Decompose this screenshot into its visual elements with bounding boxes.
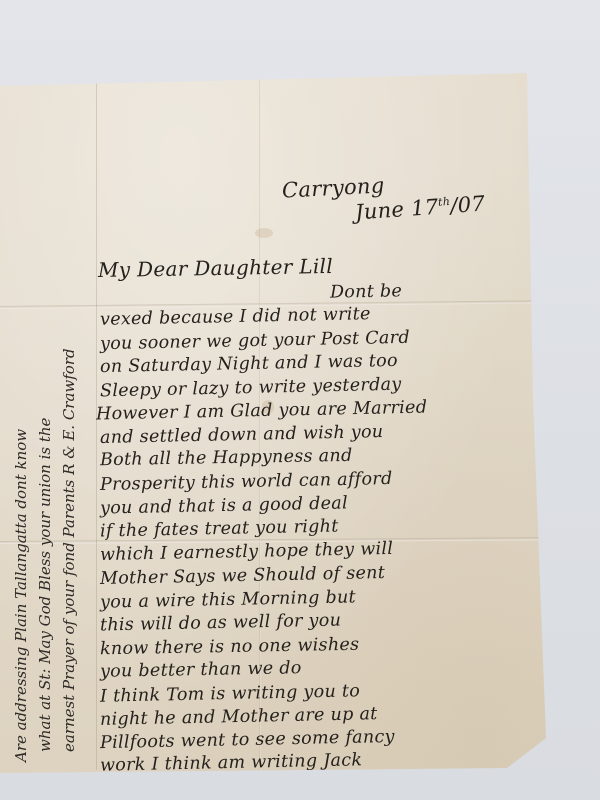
date-year: /07 — [450, 191, 486, 217]
body-line: this will do as well for you — [100, 610, 342, 635]
body-line: you a wire this Morning but — [100, 587, 356, 612]
body-line: vexed because I did not write — [100, 304, 371, 330]
date-ordinal: th — [438, 195, 451, 209]
letter-paper: Carryong June 17th/07 My Dear Daughter L… — [0, 0, 600, 800]
body-line: night he and Mother are up at — [100, 704, 378, 730]
letter-place: Carryong — [281, 173, 385, 202]
body-line: Pillfoots went to see some fancy — [100, 727, 395, 753]
margin-note-line: Are addressing Plain Tallangatta dont kn… — [12, 429, 30, 762]
paper-stain — [255, 228, 273, 238]
body-line: and settled down and wish you — [100, 422, 384, 448]
margin-rule-line — [96, 80, 97, 770]
date-day: June 17 — [354, 195, 439, 225]
margin-note-line: what at St: May God Bless your union is … — [36, 418, 54, 752]
body-line: Prosperity this world can afford — [100, 469, 393, 495]
body-line: on Saturday Night and I was too — [100, 351, 398, 377]
body-line: you better than we do — [100, 658, 302, 682]
body-line: if the fates treat you right — [100, 517, 339, 542]
body-line: However I am Glad you are Married — [96, 398, 428, 425]
body-line: Sleepy or lazy to write yesterday — [100, 375, 402, 402]
body-line: Both all the Happyness and — [100, 446, 353, 470]
letter-salutation: My Dear Daughter Lill — [98, 254, 333, 282]
body-line: know there is no one wishes — [100, 635, 360, 660]
margin-note-line: earnest Prayer of your fond Parents R & … — [60, 348, 78, 752]
body-line: Mother Says we Should of sent — [100, 563, 385, 589]
body-line: Dont be — [330, 281, 402, 302]
body-line: you and that is a good deal — [100, 493, 348, 518]
body-line: you sooner we got your Post Card — [100, 328, 410, 354]
body-line: I think Tom is writing you to — [100, 681, 360, 706]
